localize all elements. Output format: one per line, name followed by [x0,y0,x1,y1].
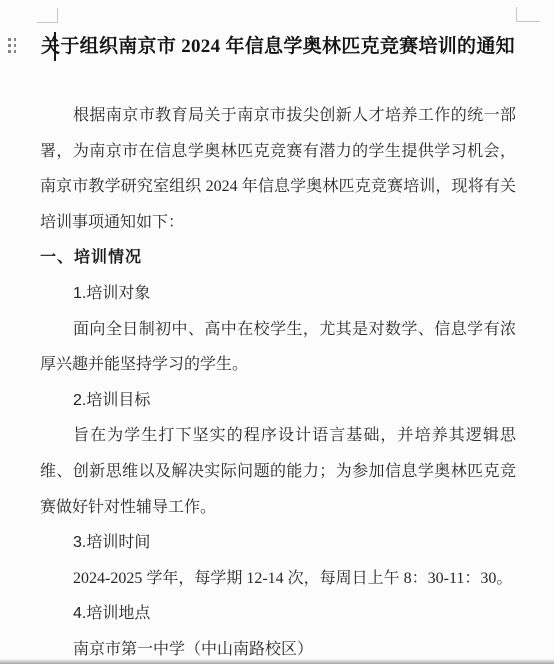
paragraph-training-goal[interactable]: 旨在为学生打下坚实的程序设计语言基础，并培养其逻辑思维、创新思维以及解决实际问题… [40,418,516,525]
subheading-training-time[interactable]: 3.培训时间 [40,525,516,561]
page-margin-mark-top-left [37,8,58,23]
drag-handle-icon[interactable] [8,38,18,54]
heading-training-overview[interactable]: 一、培训情况 [40,240,516,276]
subheading-training-location[interactable]: 4.培训地点 [40,596,516,632]
document-title[interactable]: 关于组织南京市 2024 年信息学奥林匹克竞赛培训的通知 [40,29,516,65]
page-bottom-shadow [0,659,554,664]
page-margin-mark-top-right [516,7,540,22]
subheading-training-goal[interactable]: 2.培训目标 [40,383,516,419]
paragraph-training-target[interactable]: 面向全日制初中、高中在校学生，尤其是对数学、信息学有浓厚兴趣并能坚持学习的学生。 [40,312,516,383]
document-canvas[interactable]: 关于组织南京市 2024 年信息学奥林匹克竞赛培训的通知 根据南京市教育局关于南… [40,29,516,664]
paragraph-training-time[interactable]: 2024-2025 学年，每学期 12-14 次，每周日上午 8：30-11：3… [40,561,516,597]
subheading-training-target[interactable]: 1.培训对象 [40,276,516,312]
paragraph-intro[interactable]: 根据南京市教育局关于南京市拔尖创新人才培养工作的统一部署，为南京市在信息学奥林匹… [40,98,516,240]
